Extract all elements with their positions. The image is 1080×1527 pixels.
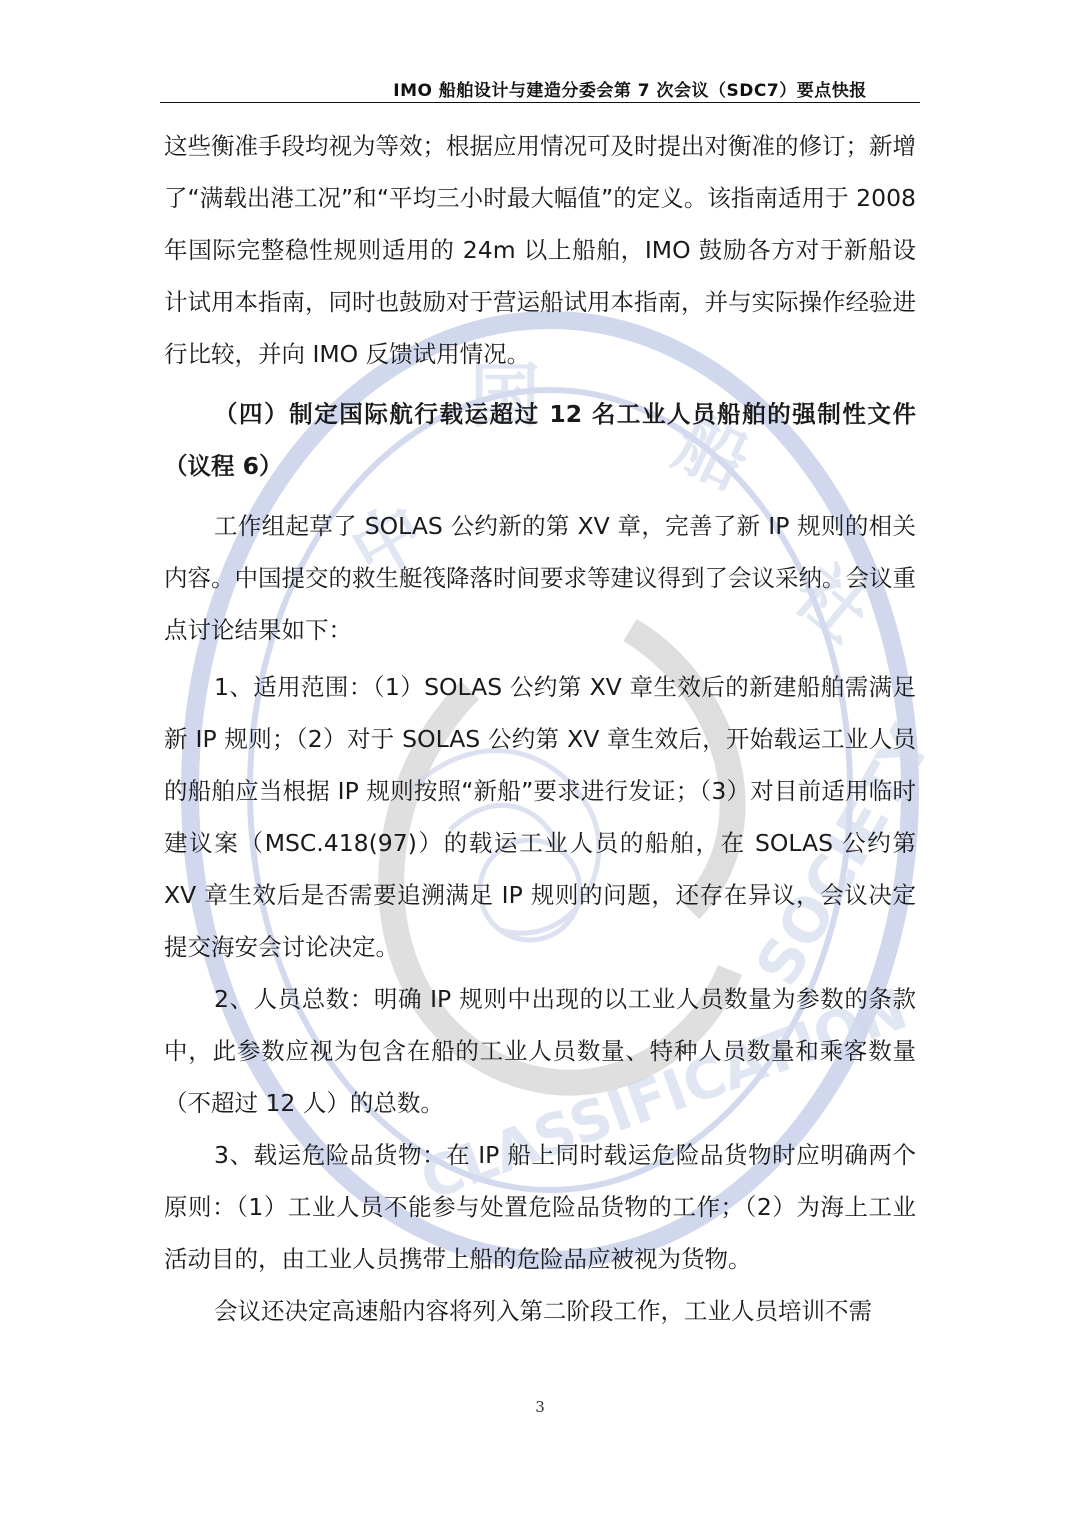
document-title: IMO 船舶设计与建造分委会第 7 次会议（SDC7）要点快报 — [160, 76, 920, 101]
paragraph-continuation: 这些衡准手段均视为等效；根据应用情况可及时提出对衡准的修订；新增了“满载出港工况… — [164, 120, 916, 380]
document-body: 这些衡准手段均视为等效；根据应用情况可及时提出对衡准的修订；新增了“满载出港工况… — [164, 120, 916, 1337]
paragraph-item-2-personnel: 2、人员总数：明确 IP 规则中出现的以工业人员数量为参数的条款中，此参数应视为… — [164, 973, 916, 1129]
page-number: 3 — [0, 1398, 1080, 1416]
paragraph-item-1-scope: 1、适用范围：（1）SOLAS 公约第 XV 章生效后的新建船舶需满足新 IP … — [164, 661, 916, 973]
paragraph-working-group: 工作组起草了 SOLAS 公约新的第 XV 章，完善了新 IP 规则的相关内容。… — [164, 500, 916, 656]
section-heading-4: （四）制定国际航行载运超过 12 名工业人员船舶的强制性文件（议程 6） — [164, 388, 916, 492]
paragraph-item-3-dangerous-goods: 3、载运危险品货物：在 IP 船上同时载运危险品货物时应明确两个原则：（1）工业… — [164, 1129, 916, 1285]
header-divider — [160, 102, 920, 103]
paragraph-further-decisions: 会议还决定高速船内容将列入第二阶段工作，工业人员培训不需 — [164, 1285, 916, 1337]
page-header: IMO 船舶设计与建造分委会第 7 次会议（SDC7）要点快报 — [160, 76, 920, 104]
